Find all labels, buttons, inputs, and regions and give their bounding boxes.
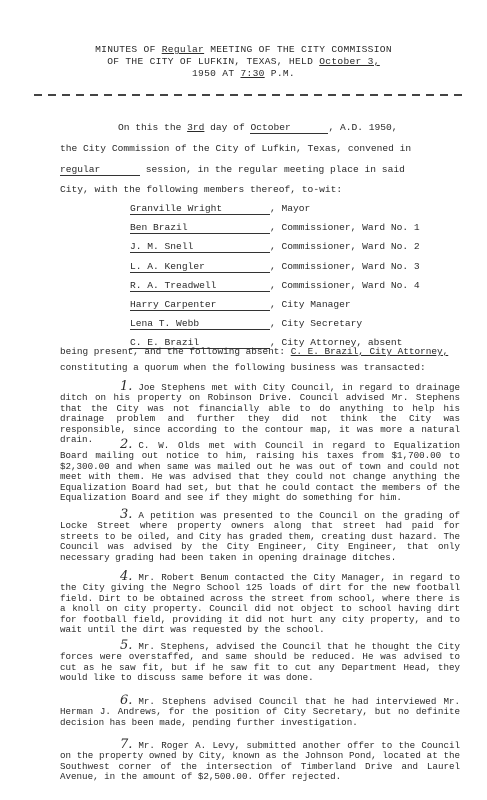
member-row: R. A. Treadwell, Commissioner, Ward No. … [130,280,420,292]
meeting-date: October 3, [319,56,380,67]
agenda-item-7: 7.Mr. Roger A. Levy, submitted another o… [60,740,460,783]
member-title: , Mayor [270,203,310,214]
agenda-item-5: 5.Mr. Stephens, advised the Council that… [60,641,460,684]
title-suffix: MEETING OF THE CITY COMMISSION [210,44,392,55]
meeting-time: 7:30 [240,68,264,79]
session-type: regular [60,164,100,175]
session-text: session, in the regular meeting place in… [146,164,405,175]
presence-line-1: being present, and the following absent:… [60,346,448,357]
title-line-3: 1950 AT 7:30 P.M. [0,68,487,79]
item-text: Joe Stephens met with City Council, in r… [60,382,460,445]
member-row: Ben Brazil, Commissioner, Ward No. 1 [130,222,420,234]
member-title: , City Manager [270,299,351,310]
dashed-divider [34,94,464,96]
on-this-text: On this the [118,122,181,133]
presence-text: being present, and the following absent: [60,346,285,357]
member-name: R. A. Treadwell [130,280,270,292]
agenda-item-1: 1.Joe Stephens met with City Council, in… [60,382,460,445]
member-row: Lena T. Webb, City Secretary [130,318,362,330]
member-name: Ben Brazil [130,222,270,234]
title-line-2: OF THE CITY OF LUFKIN, TEXAS, HELD Octob… [0,56,487,67]
meeting-ampm: P.M. [271,68,295,79]
opening-line-4: City, with the following members thereof… [60,184,342,195]
meeting-type: Regular [162,44,204,55]
member-title: , Commissioner, Ward No. 2 [270,241,420,252]
member-name: Granville Wright [130,203,270,215]
item-text: Mr. Robert Benum contacted the City Mana… [60,572,460,635]
agenda-item-6: 6.Mr. Stephens advised Council that he h… [60,696,460,728]
day-of-text: day of [210,122,245,133]
presence-line-2: constituting a quorum when the following… [60,362,426,373]
opening-line-3: regular session, in the regular meeting … [60,164,405,176]
member-row: Granville Wright, Mayor [130,203,310,215]
title-line-1: MINUTES OF Regular MEETING OF THE CITY C… [0,44,487,55]
member-title: , Commissioner, Ward No. 4 [270,280,420,291]
opening-line-2: the City Commission of the City of Lufki… [60,143,411,154]
member-name: J. M. Snell [130,241,270,253]
member-row: J. M. Snell, Commissioner, Ward No. 2 [130,241,420,253]
day-value: 3rd [187,122,204,133]
item-text: C. W. Olds met with Council in regard to… [60,440,460,503]
year-text: , A.D. 1950, [328,122,397,133]
minutes-page: MINUTES OF Regular MEETING OF THE CITY C… [0,0,487,800]
member-name: L. A. Kengler [130,261,270,273]
agenda-item-4: 4.Mr. Robert Benum contacted the City Ma… [60,572,460,635]
agenda-item-3: 3.A petition was presented to the Counci… [60,510,460,563]
member-title: , Commissioner, Ward No. 3 [270,261,420,272]
month-value: October [250,122,290,133]
member-name: Harry Carpenter [130,299,270,311]
member-row: L. A. Kengler, Commissioner, Ward No. 3 [130,261,420,273]
absent-member: C. E. Brazil, City Attorney, [291,346,449,357]
member-row: Harry Carpenter, City Manager [130,299,351,311]
member-title: , City Secretary [270,318,362,329]
opening-line-1: On this the 3rd day of October, A.D. 195… [118,122,398,134]
member-name: Lena T. Webb [130,318,270,330]
title-prefix: MINUTES OF [95,44,156,55]
meeting-year: 1950 AT [192,68,234,79]
title-city: OF THE CITY OF LUFKIN, TEXAS, HELD [107,56,313,67]
agenda-item-2: 2.C. W. Olds met with Council in regard … [60,440,460,503]
member-title: , Commissioner, Ward No. 1 [270,222,420,233]
